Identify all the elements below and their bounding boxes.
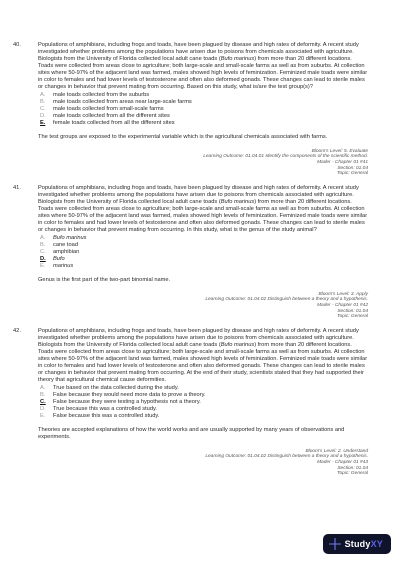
- answer-option: B.False because they would need more dat…: [40, 392, 368, 399]
- answer-options: A.male toads collected from the suburbs …: [38, 92, 368, 127]
- option-text: male toads collected from areas near lar…: [53, 99, 192, 106]
- brand-name: StudyXY: [345, 539, 383, 549]
- option-text: marinus: [53, 263, 73, 270]
- option-text: True based on the data collected during …: [53, 385, 179, 392]
- question-number: 41.: [13, 185, 38, 320]
- question-body: Populations of amphibians, including fro…: [38, 185, 368, 320]
- topic-reference: Topic: General: [38, 171, 368, 177]
- answer-options: A.Bufo marinus B.cane toad C.amphibian D…: [38, 235, 368, 270]
- metadata-block: Bloom's Level: 2. Understand Learning Ou…: [38, 449, 368, 478]
- option-letter: C.: [40, 249, 53, 256]
- option-text: male toads collected from small-scale fa…: [53, 106, 164, 113]
- option-letter: E.: [40, 120, 53, 127]
- answer-option: C.male toads collected from small-scale …: [40, 106, 368, 113]
- answer-option: E.female toads collected from all the di…: [40, 120, 368, 127]
- option-letter: D.: [40, 256, 53, 263]
- answer-option: B.male toads collected from areas near l…: [40, 99, 368, 106]
- question-number: 40.: [13, 42, 38, 177]
- sparkle-plus-icon: [329, 538, 341, 550]
- option-letter: E.: [40, 413, 53, 420]
- option-text: male toads collected from all the differ…: [53, 113, 170, 120]
- answer-option: E.False because this was a controlled st…: [40, 413, 368, 420]
- option-text: cane toad: [53, 242, 78, 249]
- answer-option: E.marinus: [40, 263, 368, 270]
- brand-badge: StudyXY: [323, 534, 391, 554]
- option-text: False because they were testing a hypoth…: [53, 399, 201, 406]
- answer-option: A.True based on the data collected durin…: [40, 385, 368, 392]
- question-stem: Populations of amphibians, including fro…: [38, 42, 368, 91]
- brand-name-accent: XY: [371, 539, 383, 549]
- question-stem: Populations of amphibians, including fro…: [38, 185, 368, 234]
- question-stem: Populations of amphibians, including fro…: [38, 328, 368, 384]
- option-text: amphibian: [53, 249, 79, 256]
- option-text: False because they would need more data …: [53, 392, 206, 399]
- feedback-text: Theories are accepted explanations of ho…: [38, 427, 368, 441]
- answer-option: D.Bufo: [40, 256, 368, 263]
- question-number: 42.: [13, 328, 38, 477]
- stem-text: ) from more than 20 different locations.…: [38, 342, 367, 383]
- answer-option: C.amphibian: [40, 249, 368, 256]
- brand-name-primary: Study: [345, 539, 371, 549]
- question-body: Populations of amphibians, including fro…: [38, 42, 368, 177]
- option-text: female toads collected from all the diff…: [53, 120, 175, 127]
- answer-options: A.True based on the data collected durin…: [38, 385, 368, 420]
- question-block-40: 40. Populations of amphibians, including…: [13, 42, 368, 177]
- option-text: male toads collected from the suburbs: [53, 92, 149, 99]
- species-name: Bufo marinus: [221, 342, 255, 348]
- species-name: Bufo marinus: [221, 199, 255, 205]
- option-letter: A.: [40, 92, 53, 99]
- topic-reference: Topic: General: [38, 314, 368, 320]
- metadata-block: Bloom's Level: 3. Apply Learning Outcome…: [38, 292, 368, 321]
- topic-reference: Topic: General: [38, 471, 368, 477]
- option-letter: C.: [40, 399, 53, 406]
- species-name: Bufo marinus: [221, 56, 255, 62]
- option-letter: D.: [40, 113, 53, 120]
- option-text: True because this was a controlled study…: [53, 406, 157, 413]
- option-text: Bufo: [53, 256, 65, 263]
- option-letter: D.: [40, 406, 53, 413]
- answer-option: A.Bufo marinus: [40, 235, 368, 242]
- option-letter: A.: [40, 385, 53, 392]
- answer-option: A.male toads collected from the suburbs: [40, 92, 368, 99]
- answer-option: D.male toads collected from all the diff…: [40, 113, 368, 120]
- option-letter: B.: [40, 242, 53, 249]
- question-block-41: 41. Populations of amphibians, including…: [13, 185, 368, 320]
- question-body: Populations of amphibians, including fro…: [38, 328, 368, 477]
- option-letter: E.: [40, 263, 53, 270]
- metadata-block: Bloom's Level: 5. Evaluate Learning Outc…: [38, 149, 368, 178]
- test-bank-page: 40. Populations of amphibians, including…: [0, 0, 400, 477]
- feedback-text: Genus is the first part of the two-part …: [38, 277, 368, 284]
- option-letter: A.: [40, 235, 53, 242]
- answer-option: D.True because this was a controlled stu…: [40, 406, 368, 413]
- question-block-42: 42. Populations of amphibians, including…: [13, 328, 368, 477]
- option-text: False because this was a controlled stud…: [53, 413, 159, 420]
- option-letter: B.: [40, 392, 53, 399]
- option-letter: C.: [40, 106, 53, 113]
- option-letter: B.: [40, 99, 53, 106]
- answer-option: C.False because they were testing a hypo…: [40, 399, 368, 406]
- answer-option: B.cane toad: [40, 242, 368, 249]
- feedback-text: The test groups are exposed to the exper…: [38, 134, 368, 141]
- option-text: Bufo marinus: [53, 235, 87, 242]
